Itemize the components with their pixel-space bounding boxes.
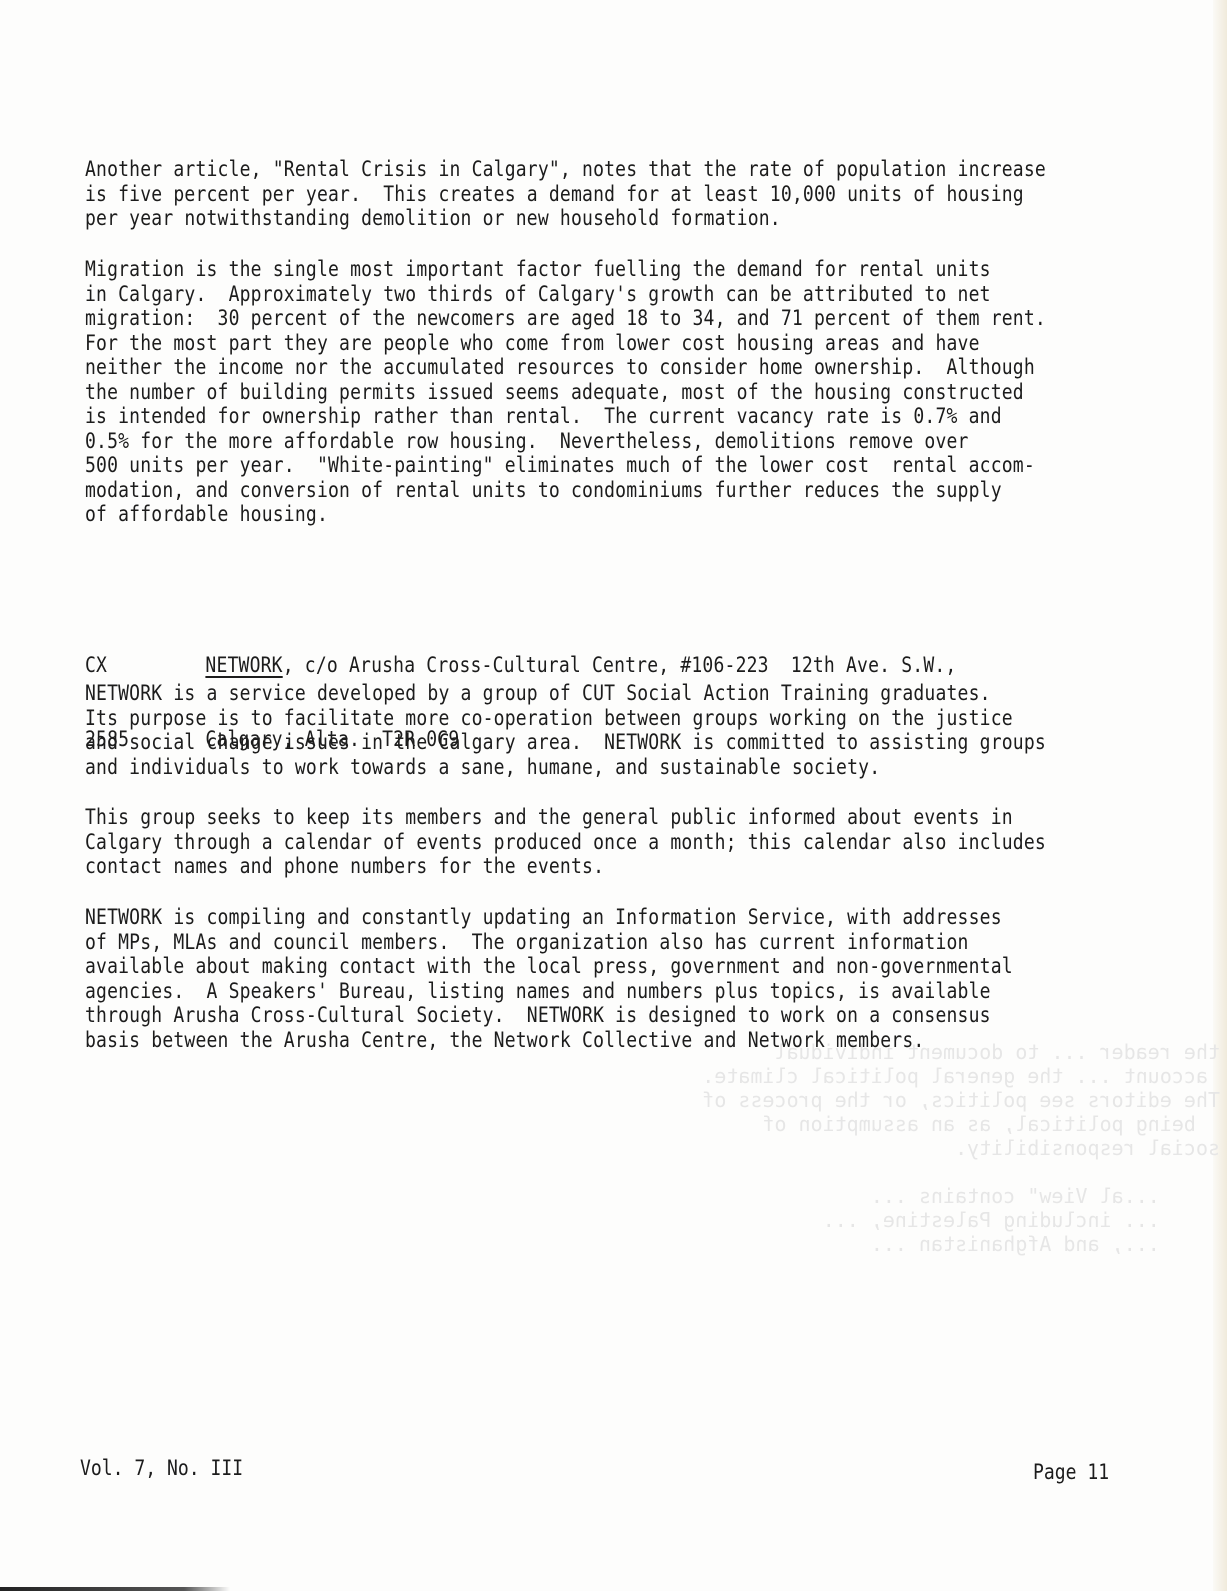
entry-address-line-1: , c/o Arusha Cross-Cultural Centre, #106…: [283, 653, 957, 677]
show-through-text: the reader ... to document individual ac…: [640, 1040, 1220, 1256]
entry-code-prefix: CX: [85, 653, 205, 678]
entry-paragraph-1: NETWORK is a service developed by a grou…: [85, 681, 1046, 779]
entry-paragraph-2: This group seeks to keep its members and…: [85, 805, 1046, 879]
entry-organization-name: NETWORK: [205, 653, 282, 677]
scan-edge: [0, 1587, 230, 1591]
article-paragraph-1: Another article, "Rental Crisis in Calga…: [85, 157, 1046, 231]
article-paragraph-2: Migration is the single most important f…: [85, 257, 1046, 527]
footer-volume: Vol. 7, No. III: [80, 1456, 243, 1480]
entry-paragraph-3: NETWORK is compiling and constantly upda…: [85, 905, 1013, 1052]
page-edge-shadow: [1213, 0, 1227, 1591]
footer-page-number: Page 11: [1033, 1460, 1109, 1484]
